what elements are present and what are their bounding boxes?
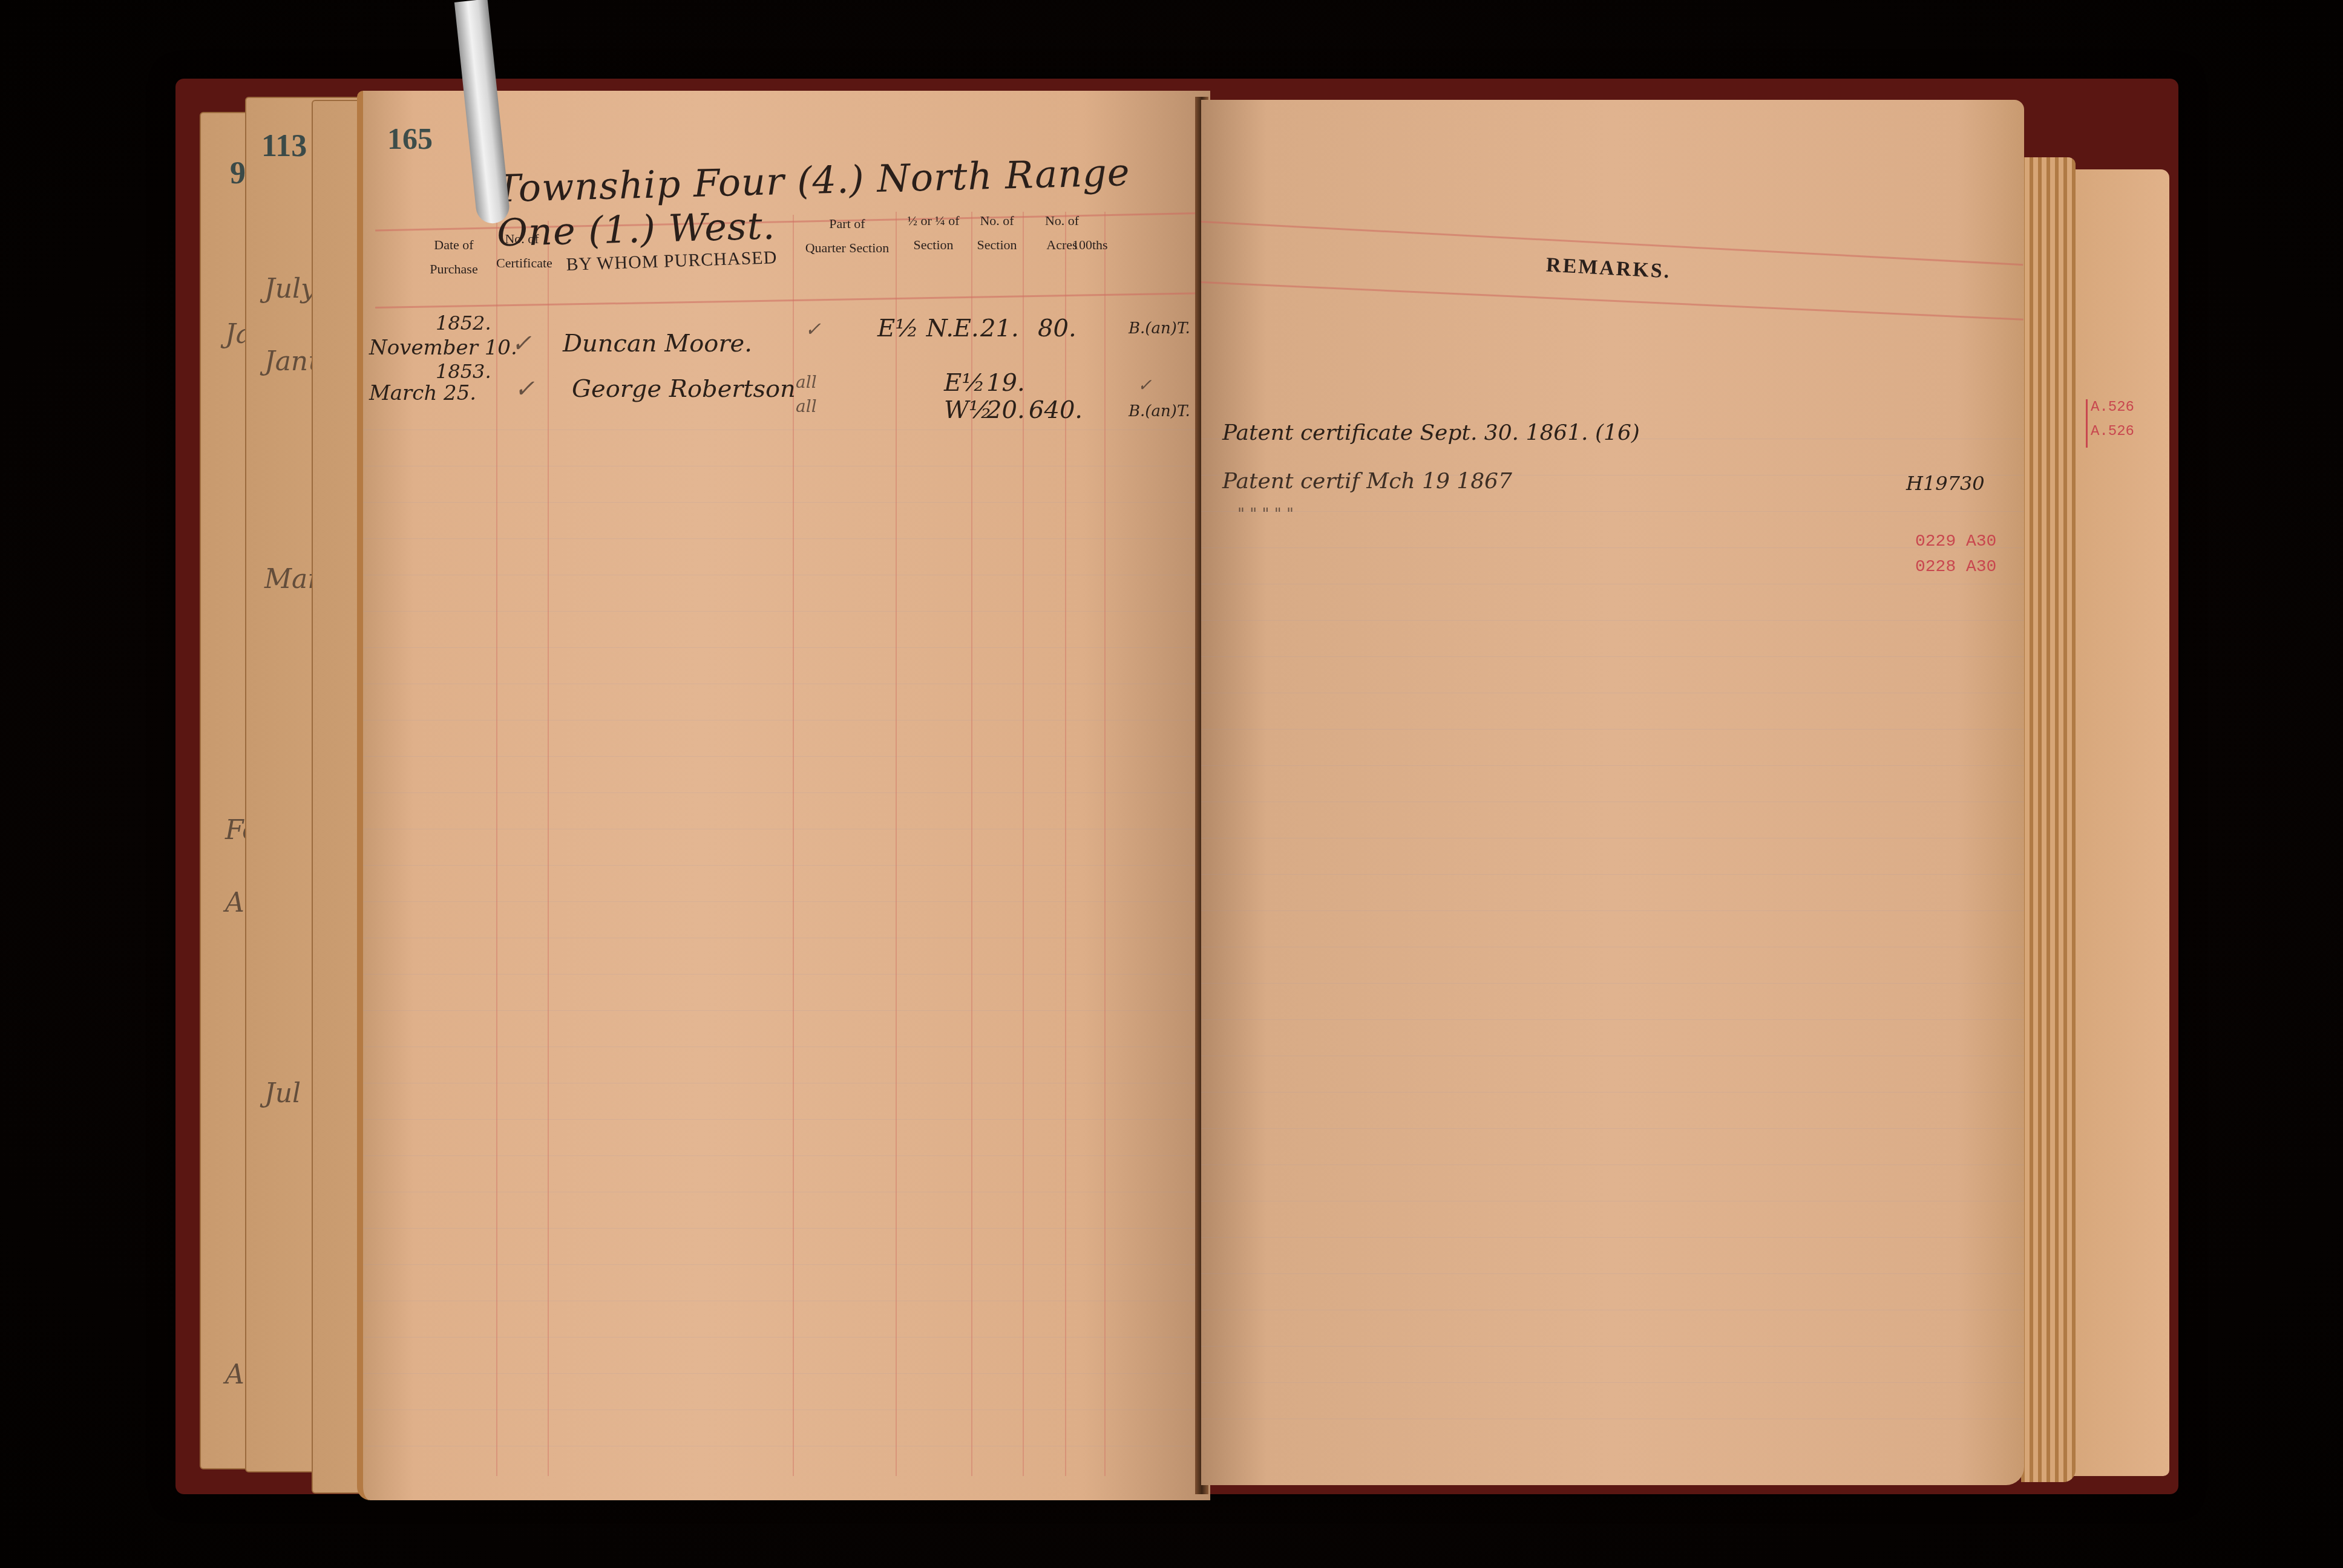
red-stamp: 0229 A30	[1915, 532, 1996, 551]
column-header-part-quarter: Part ofQuarter Section	[799, 212, 896, 260]
entry-purchaser: Duncan Moore.	[563, 330, 752, 358]
page-number: 9	[230, 155, 246, 191]
page-edges	[2021, 157, 2076, 1482]
remark-ditto: " " " " "	[1237, 505, 1294, 523]
entry-acres: 80.	[1038, 315, 1076, 342]
entry-certificate: ✓	[514, 375, 535, 403]
entry-half-quarter: W½	[944, 396, 992, 424]
entry-acres: 640.	[1029, 396, 1083, 424]
column-header-certificate: No. ofCertificate	[496, 227, 548, 275]
entry-half-quarter: E½	[944, 369, 985, 397]
entry-section: 20.	[986, 396, 1025, 424]
entry-part: all	[796, 396, 817, 416]
entry-mark: B.(an)T.	[1129, 319, 1190, 338]
column-header-section: No. ofSection	[971, 209, 1023, 256]
remark-entry: Patent certificate Sept. 30. 1861. (16)	[1222, 420, 1640, 445]
red-stamp: 0228 A30	[1915, 558, 1996, 577]
column-header-hundredths: 100ths	[1065, 233, 1107, 257]
entry-mark: B.(an)T.	[1129, 402, 1190, 420]
entry-date: November 10.	[369, 336, 517, 360]
remarks-header: REMARKS.	[1545, 254, 1671, 284]
entry-year: 1852.	[436, 312, 491, 335]
edge-stamp: A.526	[2091, 399, 2134, 416]
column-header-date: Date ofPurchase	[421, 233, 487, 281]
entry-purchaser: George Robertson	[572, 375, 796, 403]
entry-section: 21.	[980, 315, 1019, 342]
entry-certificate: ✓	[511, 330, 532, 358]
page-number: 113	[261, 128, 307, 164]
remark-entry: Patent certif Mch 19 1867	[1222, 469, 1512, 494]
entry-date: March 25.	[369, 381, 476, 405]
header-rule-bottom	[1201, 281, 2023, 321]
edge-stamp: A.526	[2091, 423, 2134, 440]
entry-year: 1853.	[436, 360, 491, 383]
entry-mark: ✓	[1138, 375, 1152, 395]
entry-part: ✓	[805, 318, 821, 341]
annotation-number: H19730	[1906, 472, 1985, 495]
underlying-page-right: A.526 A.526	[2073, 169, 2169, 1476]
ledger-left-page: 165 Township Four (4.) North Range One (…	[357, 91, 1210, 1500]
entry-half-quarter: E½ N.E.	[877, 315, 979, 342]
page-number: 165	[387, 121, 433, 156]
entry-part: all	[796, 372, 817, 392]
margin-handwriting: Jul	[264, 1078, 301, 1109]
column-header-half-quarter: ½ or ¼ ofSection	[899, 209, 968, 256]
margin-handwriting: July	[264, 273, 316, 304]
ledger-right-page: REMARKS. Patent certificate Sept. 30. 18…	[1201, 100, 2024, 1485]
entry-section: 19.	[986, 369, 1025, 397]
